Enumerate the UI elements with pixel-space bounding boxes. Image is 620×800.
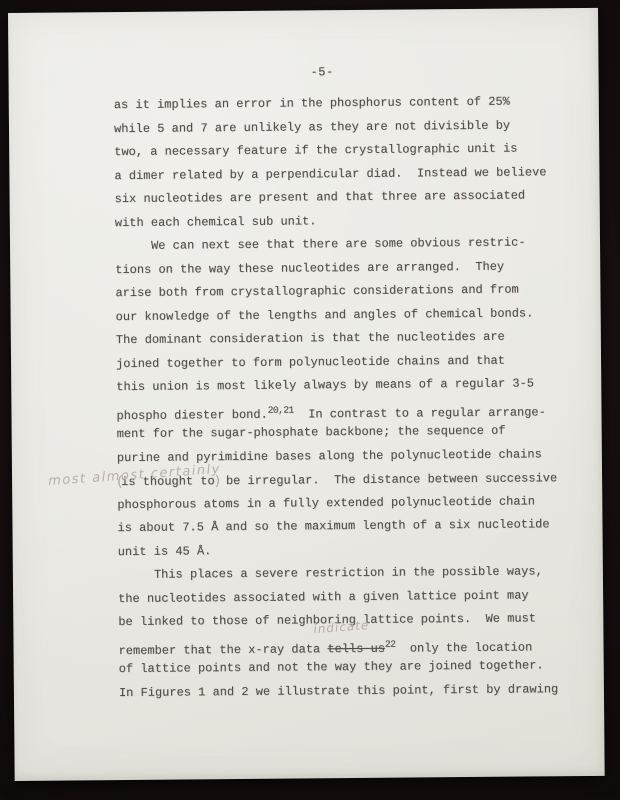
text-line: We can next see that there are some obvi… [115, 231, 580, 259]
typed-text: the nucleotides associated with a given … [118, 588, 529, 606]
typed-text: ment for the sugar-phosphate backbone; t… [117, 424, 506, 441]
document-page: -5- as it implies an error in the phosph… [8, 8, 605, 781]
typed-text: unit is 45 Å. [118, 544, 212, 559]
typed-text: our knowledge of the lengths and angles … [116, 306, 534, 324]
typed-text: This places a severe restriction in the … [118, 564, 543, 582]
typed-text: be irregular. The distance between succe… [219, 471, 558, 488]
typed-text: a dimer related by a perpendicular diad.… [114, 165, 546, 183]
typed-text: with each chemical sub unit. [115, 214, 317, 230]
typed-text: is about 7.5 Å and so the maximum length… [117, 517, 549, 535]
typed-text: two, a necessary feature if the crystall… [114, 142, 517, 160]
reference-superscript: 20,21 [268, 404, 294, 415]
text-line: is about 7.5 Å and so the maximum length… [117, 513, 582, 541]
typed-text: The dominant consideration is that the n… [116, 330, 505, 347]
text-line: arise both from crystallographic conside… [115, 278, 580, 306]
reference-superscript: 22 [385, 638, 396, 649]
typed-text: phosphorous atoms in a fully extended po… [117, 494, 535, 512]
typed-text-block: as it implies an error in the phosphorus… [114, 90, 584, 705]
typed-text: of lattice points and not the way they a… [119, 658, 544, 676]
typed-text: six nucleotides are present and that thr… [115, 188, 526, 206]
text-line: In Figures 1 and 2 we illustrate this po… [119, 678, 584, 706]
text-line: phospho diester bond.20,21 In contrast t… [116, 396, 581, 424]
typed-text: only the location [395, 640, 532, 655]
struck-text: tells us [327, 641, 385, 656]
text-line: this union is most likely always by mean… [116, 372, 581, 400]
typed-text: as it implies an error in the phosphorus… [114, 95, 510, 112]
text-line: two, a necessary feature if the crystall… [114, 137, 579, 165]
typed-text: arise both from crystallographic conside… [115, 283, 518, 301]
text-line: as it implies an error in the phosphorus… [114, 90, 579, 118]
text-line: of lattice points and not the way they a… [119, 654, 584, 682]
text-line: This places a severe restriction in the … [118, 560, 583, 588]
typed-text: this union is most likely always by mean… [116, 376, 534, 394]
photo-background: -5- as it implies an error in the phosph… [0, 0, 620, 800]
typed-text: remember that the x-ray data [119, 642, 328, 658]
page-number: -5- [310, 65, 333, 79]
text-line: six nucleotides are present and that thr… [115, 184, 580, 212]
typed-text: We can next see that there are some obvi… [115, 235, 526, 253]
typed-text: purine and pyrimidine bases along the po… [117, 447, 542, 465]
typed-text: In Figures 1 and 2 we illustrate this po… [119, 682, 558, 700]
typed-text: phospho diester bond. [116, 407, 267, 422]
typed-text: In contrast to a regular arrange- [294, 405, 546, 421]
text-line: our knowledge of the lengths and angles … [116, 302, 581, 330]
typed-text: joined together to form polynucleotide c… [116, 353, 505, 370]
typed-text: while 5 and 7 are unlikely as they are n… [114, 118, 510, 135]
typed-text: tions on the way these nucleotides are a… [115, 259, 504, 276]
